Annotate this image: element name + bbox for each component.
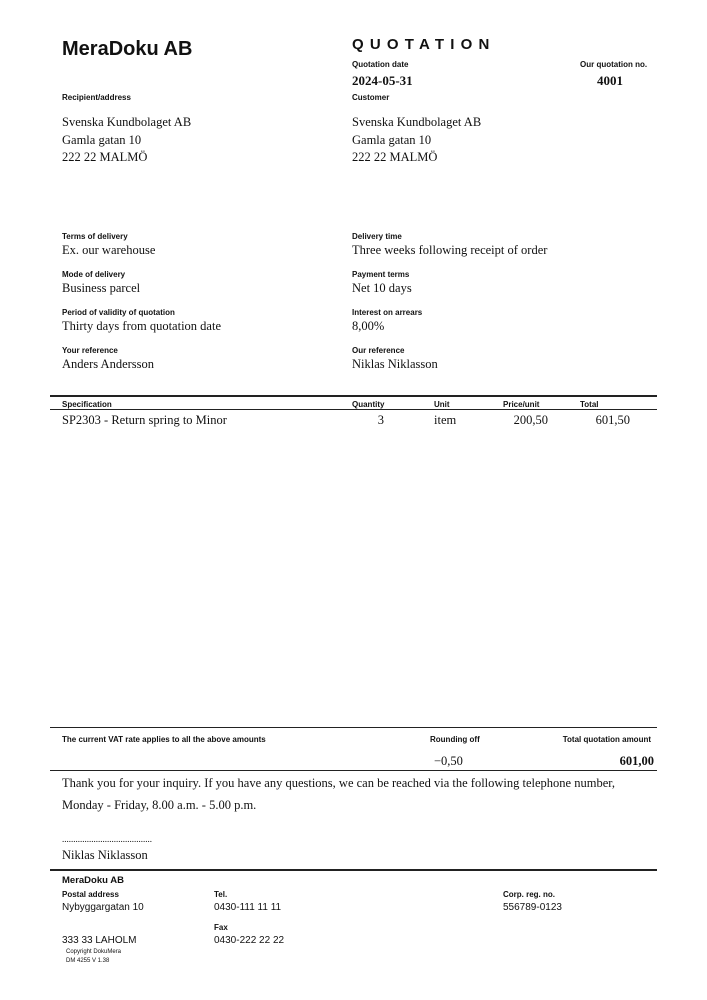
copyright: Copyright DokuMera — [66, 948, 121, 957]
total-quotation-amount: 601,00 — [560, 754, 654, 769]
signature-name: Niklas Niklasson — [62, 848, 148, 863]
footer-divider — [50, 869, 657, 871]
recipient-line: Gamla gatan 10 — [62, 132, 191, 150]
quotation-date: 2024-05-31 — [352, 73, 413, 89]
mode-of-delivery: Business parcel — [62, 281, 140, 296]
row-unit: item — [434, 413, 456, 428]
message-line-1: Thank you for your inquiry. If you have … — [62, 776, 615, 791]
footer-company-name: MeraDoku AB — [62, 875, 124, 886]
your-reference-label: Your reference — [62, 346, 118, 355]
table-top-divider — [50, 395, 657, 397]
tel-value: 0430-111 11 11 — [214, 902, 281, 913]
terms-of-delivery: Ex. our warehouse — [62, 243, 155, 258]
message-line-2: Monday - Friday, 8.00 a.m. - 5.00 p.m. — [62, 798, 256, 813]
payment-terms: Net 10 days — [352, 281, 412, 296]
customer-label: Customer — [352, 93, 389, 102]
validity-label: Period of validity of quotation — [62, 308, 175, 317]
interest-label: Interest on arrears — [352, 308, 422, 317]
validity: Thirty days from quotation date — [62, 319, 221, 334]
rounding-label: Rounding off — [430, 735, 480, 744]
column-header-specification: Specification — [62, 400, 112, 409]
corp-reg-label: Corp. reg. no. — [503, 890, 555, 899]
customer-address: Svenska Kundbolaget AB Gamla gatan 10 22… — [352, 114, 481, 167]
summary-bottom-divider — [50, 770, 657, 771]
row-specification: SP2303 - Return spring to Minor — [62, 413, 227, 428]
quotation-date-label: Quotation date — [352, 60, 408, 69]
column-header-total: Total — [580, 400, 599, 409]
row-total: 601,50 — [570, 413, 630, 428]
recipient-address: Svenska Kundbolaget AB Gamla gatan 10 22… — [62, 114, 191, 167]
customer-line: Svenska Kundbolaget AB — [352, 114, 481, 132]
row-price-unit: 200,50 — [490, 413, 548, 428]
your-reference: Anders Andersson — [62, 357, 154, 372]
quotation-no: 4001 — [580, 73, 640, 89]
our-reference-label: Our reference — [352, 346, 404, 355]
signature-line: ........................................ — [62, 834, 152, 844]
total-label: Total quotation amount — [520, 735, 651, 744]
interest: 8,00% — [352, 319, 384, 334]
our-reference: Niklas Niklasson — [352, 357, 438, 372]
fax-value: 0430-222 22 22 — [214, 935, 284, 946]
postal-address-line-1: Nybyggargatan 10 — [62, 902, 144, 913]
corp-reg-value: 556789-0123 — [503, 902, 562, 913]
customer-line: 222 22 MALMÖ — [352, 149, 481, 167]
table-header-underline — [50, 409, 657, 410]
recipient-line: Svenska Kundbolaget AB — [62, 114, 191, 132]
vat-note: The current VAT rate applies to all the … — [62, 735, 266, 744]
form-version: DM 4255 V 1.38 — [66, 957, 109, 966]
customer-line: Gamla gatan 10 — [352, 132, 481, 150]
terms-of-delivery-label: Terms of delivery — [62, 232, 128, 241]
recipient-label: Recipient/address — [62, 93, 131, 102]
postal-address-line-2: 333 33 LAHOLM — [62, 935, 137, 946]
recipient-line: 222 22 MALMÖ — [62, 149, 191, 167]
mode-of-delivery-label: Mode of delivery — [62, 270, 125, 279]
tel-label: Tel. — [214, 890, 227, 899]
document-title: QUOTATION — [352, 36, 496, 53]
fax-label: Fax — [214, 923, 228, 932]
column-header-quantity: Quantity — [352, 400, 384, 409]
summary-top-divider — [50, 727, 657, 728]
row-quantity: 3 — [340, 413, 384, 428]
column-header-unit: Unit — [434, 400, 450, 409]
delivery-time-label: Delivery time — [352, 232, 402, 241]
column-header-price-unit: Price/unit — [503, 400, 539, 409]
rounding-value: −0,50 — [434, 754, 463, 769]
delivery-time: Three weeks following receipt of order — [352, 243, 547, 258]
company-name: MeraDoku AB — [62, 38, 192, 61]
payment-terms-label: Payment terms — [352, 270, 409, 279]
postal-address-label: Postal address — [62, 890, 119, 899]
quotation-no-label: Our quotation no. — [580, 60, 647, 69]
